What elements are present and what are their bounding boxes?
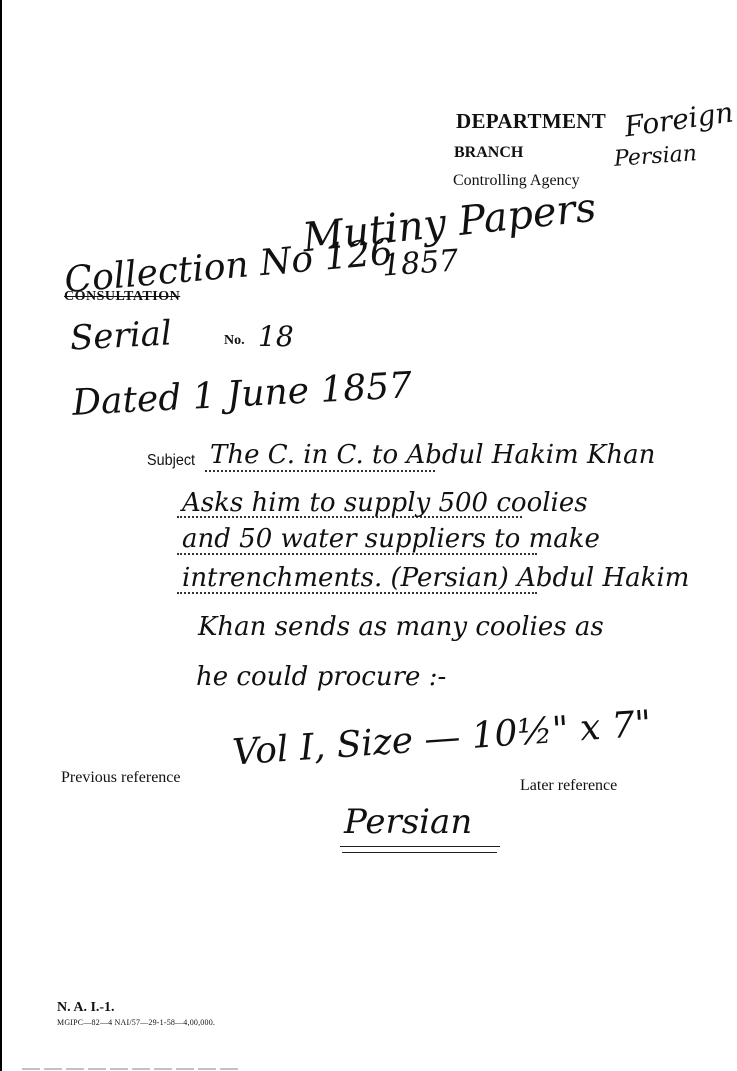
subject-line-3: and 50 water suppliers to make [182,524,600,554]
scan-edge-artifact [22,1068,242,1070]
serial-handwritten-label: Serial [69,313,173,358]
volume-size-note: Vol I, Size — 10½" x 7" [231,703,653,773]
branch-label: BRANCH [454,144,523,162]
serial-number: 18 [258,320,294,353]
serial-no-label: No. [224,333,245,349]
consultation-label-struck: CONSULTATION [64,289,180,305]
subject-line-5: Khan sends as many coolies as [198,612,604,642]
department-label: DEPARTMENT [456,109,606,134]
print-code: MGIPC—82—4 NAI/57—29-1-58—4,00,000. [57,1018,215,1027]
dated-line: Dated 1 June 1857 [71,365,413,424]
language-note: Persian [344,802,472,842]
form-code: N. A. I.-1. [57,1000,115,1016]
department-value: Foreign [622,96,735,144]
subject-line-6: he could procure :- [196,662,446,692]
subject-dotted-rule-1 [205,470,435,472]
document-page: DEPARTMENT Foreign BRANCH Persian Contro… [0,0,737,1071]
subject-line-4: intrenchments. (Persian) Abdul Hakim [182,563,689,593]
subject-line-1: The C. in C. to Abdul Hakim Khan [210,440,655,470]
subject-line-2: Asks him to supply 500 coolies [182,488,588,518]
previous-reference-label: Previous reference [61,769,181,787]
language-underline-1 [340,846,500,847]
branch-value: Persian [613,141,698,172]
collection-year: 1857 [381,243,460,283]
subject-label: Subject [147,452,195,470]
language-underline-2 [342,852,497,853]
later-reference-label: Later reference [520,777,617,795]
